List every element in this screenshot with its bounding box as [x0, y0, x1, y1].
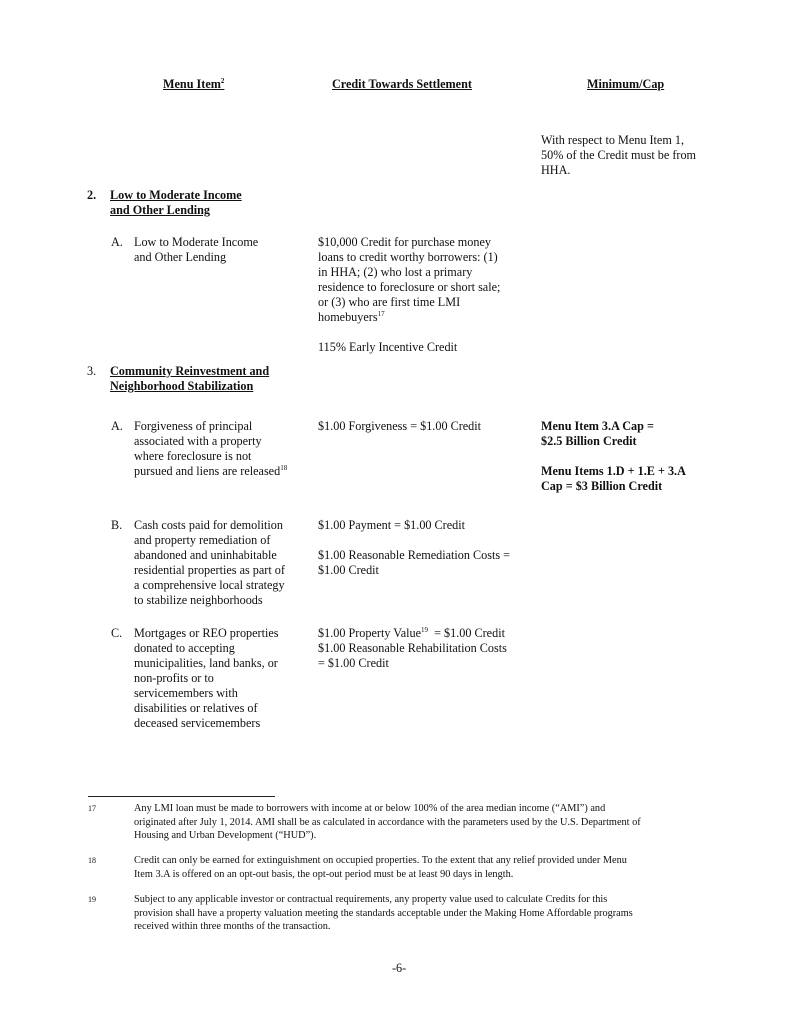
footnote-18: 18 Credit can only be earned for extingu…	[88, 854, 728, 881]
header-menu-item: Menu Item2	[163, 77, 224, 92]
footnote-ref-19: 19	[421, 626, 428, 634]
item-2a-letter: A.	[111, 235, 123, 250]
section-2-title: Low to Moderate Income and Other Lending	[110, 188, 242, 218]
item-3c-letter: C.	[111, 626, 122, 641]
header-mincap: Minimum/Cap	[587, 77, 664, 92]
item-3b-credit-payment: $1.00 Payment = $1.00 Credit	[318, 518, 465, 533]
header-credit: Credit Towards Settlement	[332, 77, 472, 92]
section-3-number: 3.	[87, 364, 96, 379]
item-3a-desc: Forgiveness of principal associated with…	[134, 419, 287, 479]
item-2a-credit: $10,000 Credit for purchase money loans …	[318, 235, 500, 325]
footnote-divider	[88, 796, 275, 797]
item-2a-desc: Low to Moderate Income and Other Lending	[134, 235, 258, 265]
item-3a-credit: $1.00 Forgiveness = $1.00 Credit	[318, 419, 481, 434]
section-3-title: Community Reinvestment and Neighborhood …	[110, 364, 269, 394]
item-2a-early-incentive: 115% Early Incentive Credit	[318, 340, 457, 355]
item-3b-credit-remediation: $1.00 Reasonable Remediation Costs = $1.…	[318, 548, 510, 578]
item-3b-letter: B.	[111, 518, 122, 533]
page-number: -6-	[392, 961, 406, 976]
footnote-19: 19 Subject to any applicable investor or…	[88, 893, 728, 934]
item-3c-credit: $1.00 Property Value19 = $1.00 Credit $1…	[318, 626, 507, 671]
item-3c-desc: Mortgages or REO properties donated to a…	[134, 626, 279, 731]
footnote-17: 17 Any LMI loan must be made to borrower…	[88, 802, 728, 843]
footnote-ref-18: 18	[280, 464, 287, 472]
section-2-number: 2.	[87, 188, 96, 203]
item-3a-letter: A.	[111, 419, 123, 434]
menu-item-1-note: With respect to Menu Item 1, 50% of the …	[541, 133, 696, 178]
item-3b-desc: Cash costs paid for demolition and prope…	[134, 518, 285, 608]
combined-cap: Menu Items 1.D + 1.E + 3.A Cap = $3 Bill…	[541, 464, 686, 494]
item-3a-cap: Menu Item 3.A Cap = $2.5 Billion Credit	[541, 419, 654, 449]
footnote-ref-17: 17	[378, 310, 385, 318]
